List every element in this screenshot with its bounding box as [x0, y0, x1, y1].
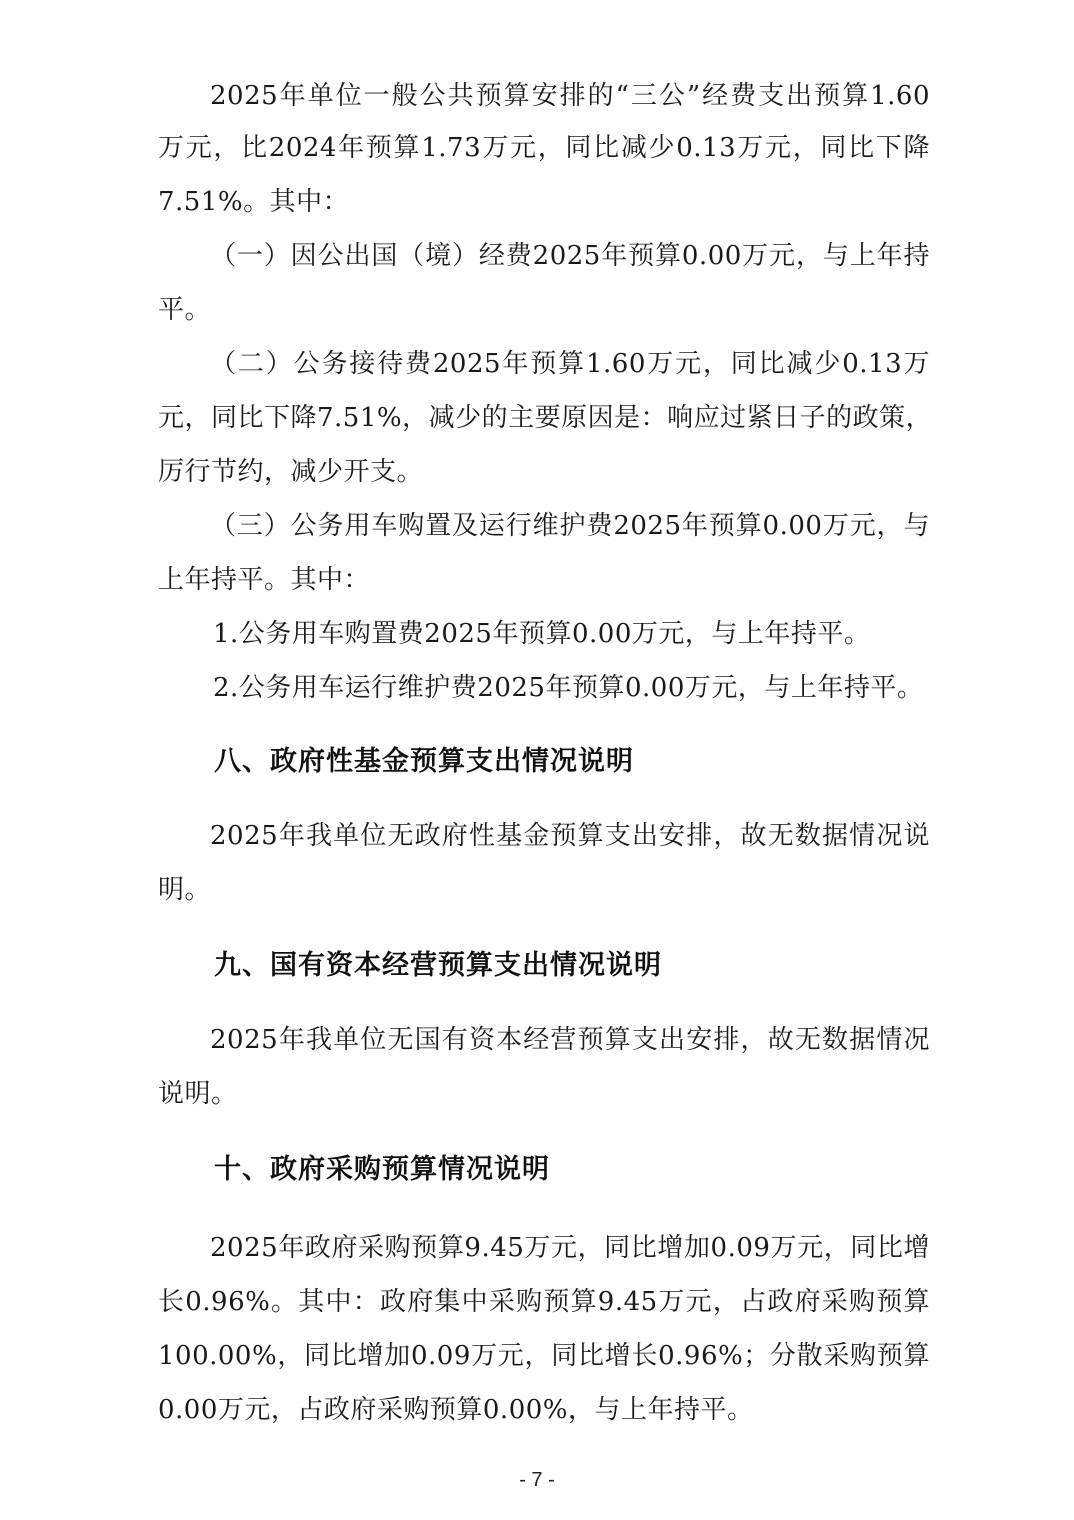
paragraph-line: （三）公务用车购置及运行维护费2025年预算0.00万元，与 — [210, 508, 930, 544]
paragraph-line: 2025年政府采购预算9.45万元，同比增加0.09万元，同比增 — [210, 1230, 930, 1266]
paragraph-line: 上年持平。其中： — [158, 562, 930, 598]
paragraph-line: 2025年单位一般公共预算安排的“三公”经费支出预算1.60 — [210, 78, 930, 114]
paragraph-line: （二）公务接待费2025年预算1.60万元，同比减少0.13万 — [210, 346, 930, 382]
section-heading-8: 八、政府性基金预算支出情况说明 — [214, 744, 634, 780]
paragraph-line: 0.00万元，占政府采购预算0.00%，与上年持平。 — [158, 1392, 930, 1428]
page-number: - 7 - — [0, 1467, 1074, 1493]
paragraph-line: 元，同比下降7.51%，减少的主要原因是：响应过紧日子的政策， — [158, 400, 930, 436]
paragraph-line: 厉行节约，减少开支。 — [158, 454, 930, 490]
paragraph-line: 万元，比2024年预算1.73万元，同比减少0.13万元，同比下降 — [158, 130, 930, 166]
section-heading-10: 十、政府采购预算情况说明 — [214, 1152, 550, 1188]
paragraph-line: 100.00%，同比增加0.09万元，同比增长0.96%；分散采购预算 — [158, 1338, 930, 1374]
paragraph-line: 长0.96%。其中：政府集中采购预算9.45万元，占政府采购预算 — [158, 1284, 930, 1320]
paragraph-line: 说明。 — [158, 1076, 930, 1112]
document-page: 2025年单位一般公共预算安排的“三公”经费支出预算1.60 万元，比2024年… — [0, 0, 1074, 1520]
paragraph-line: 7.51%。其中： — [158, 184, 930, 220]
list-item: 1.公务用车购置费2025年预算0.00万元，与上年持平。 — [213, 616, 933, 652]
paragraph-line: 平。 — [158, 292, 930, 328]
paragraph-line: 2025年我单位无国有资本经营预算支出安排，故无数据情况 — [210, 1022, 930, 1058]
paragraph-line: 2025年我单位无政府性基金预算支出安排，故无数据情况说 — [210, 818, 930, 854]
paragraph-line: （一）因公出国（境）经费2025年预算0.00万元，与上年持 — [210, 238, 930, 274]
list-item: 2.公务用车运行维护费2025年预算0.00万元，与上年持平。 — [213, 670, 933, 706]
section-heading-9: 九、国有资本经营预算支出情况说明 — [214, 948, 662, 984]
paragraph-line: 明。 — [158, 872, 930, 908]
